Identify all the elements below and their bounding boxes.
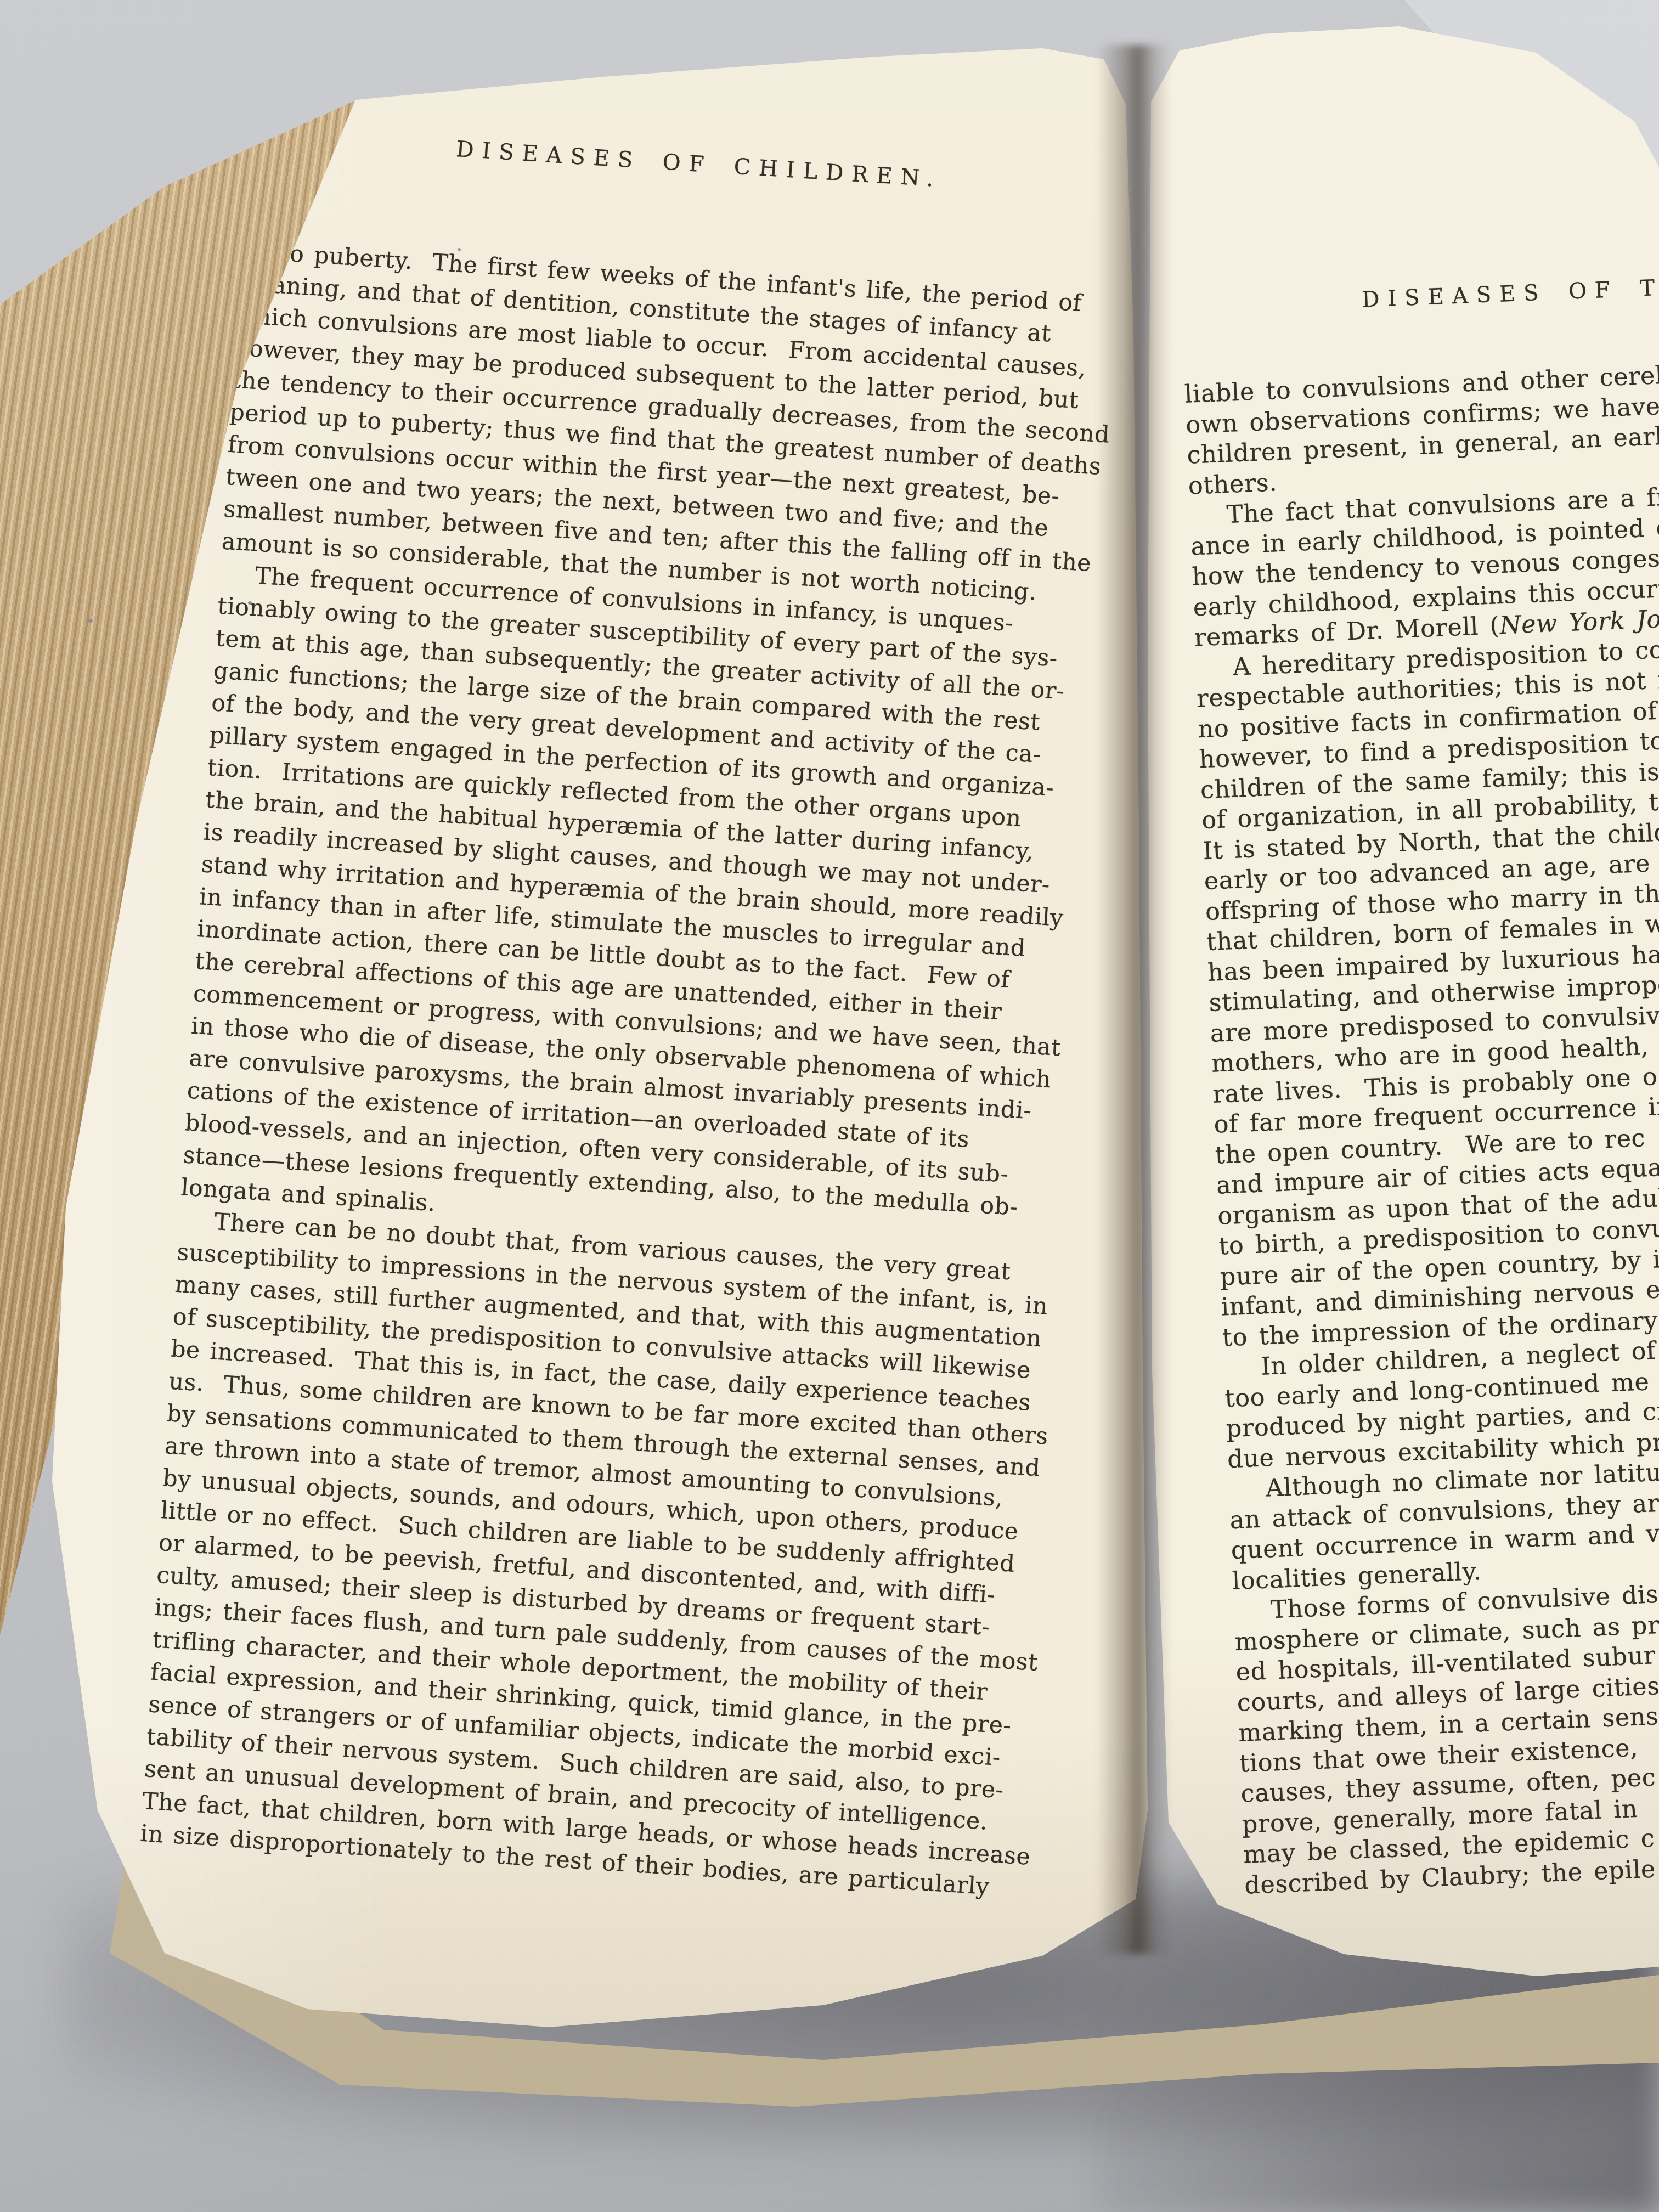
right-page-text-block: DISEASES OF THE NERV liable to convulsio… [1181, 266, 1659, 1901]
running-head-left: DISEASES OF CHILDREN. [455, 138, 942, 191]
running-head-right: DISEASES OF THE NERV [1362, 266, 1659, 311]
photo-background: 402 DISEASES OF CHILDREN. up to puberty.… [0, 0, 1659, 2212]
book-gutter-shadow [1097, 45, 1171, 1954]
left-page-header-row: 402 DISEASES OF CHILDREN. [246, 124, 1152, 216]
dust-speck [88, 619, 93, 623]
dust-speck [248, 601, 252, 605]
left-page-text-block: 402 DISEASES OF CHILDREN. up to puberty.… [139, 124, 1152, 1906]
right-page-lines: liable to convulsions and other cerebrao… [1184, 349, 1659, 1901]
left-page-lines: up to puberty. The first few weeks of th… [139, 235, 1144, 1907]
page-number: 402 [208, 113, 262, 142]
dust-speck [458, 248, 461, 251]
